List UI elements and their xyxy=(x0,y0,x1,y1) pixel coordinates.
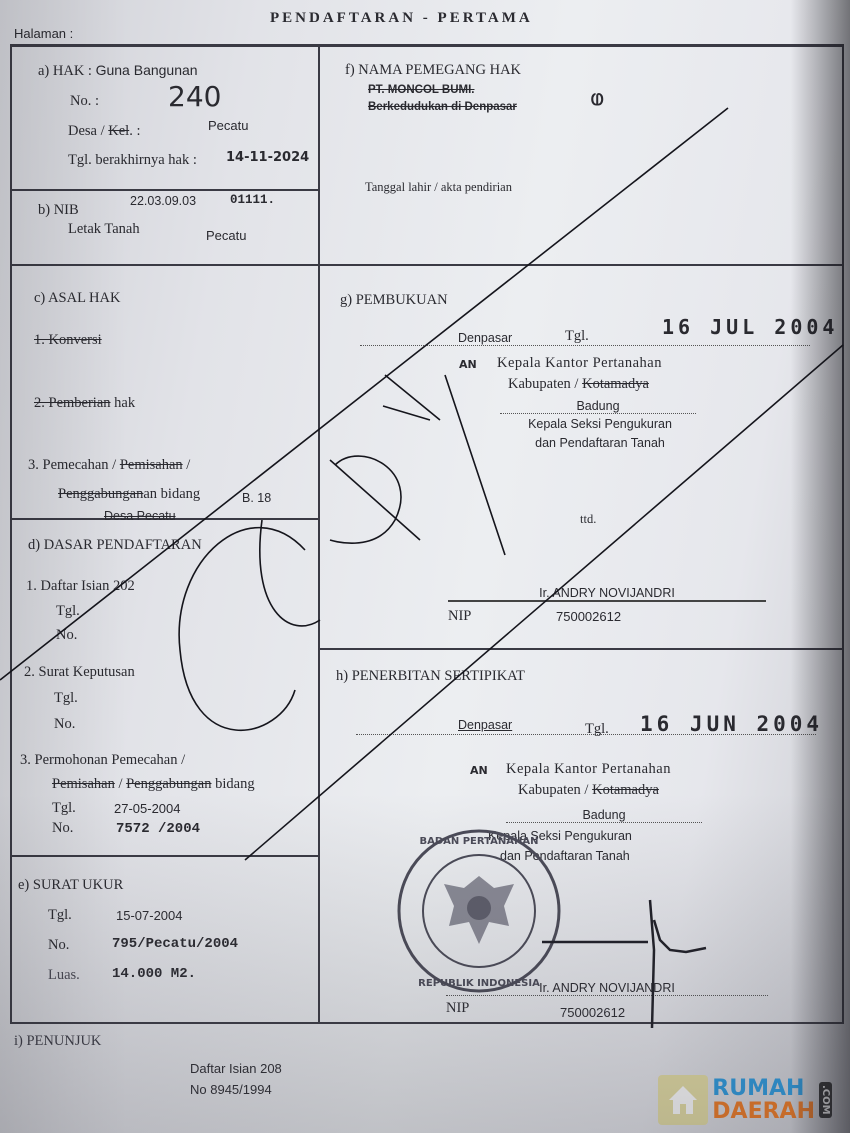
copy-overlay-icon xyxy=(0,0,850,1133)
watermark-word2: DAERAH xyxy=(712,1100,815,1123)
rumahdaerah-watermark: RUMAH DAERAH .COM xyxy=(658,1075,832,1125)
watermark-word1: RUMAH xyxy=(712,1077,815,1100)
watermark-tld: .COM xyxy=(819,1082,832,1118)
house-icon xyxy=(658,1075,708,1125)
